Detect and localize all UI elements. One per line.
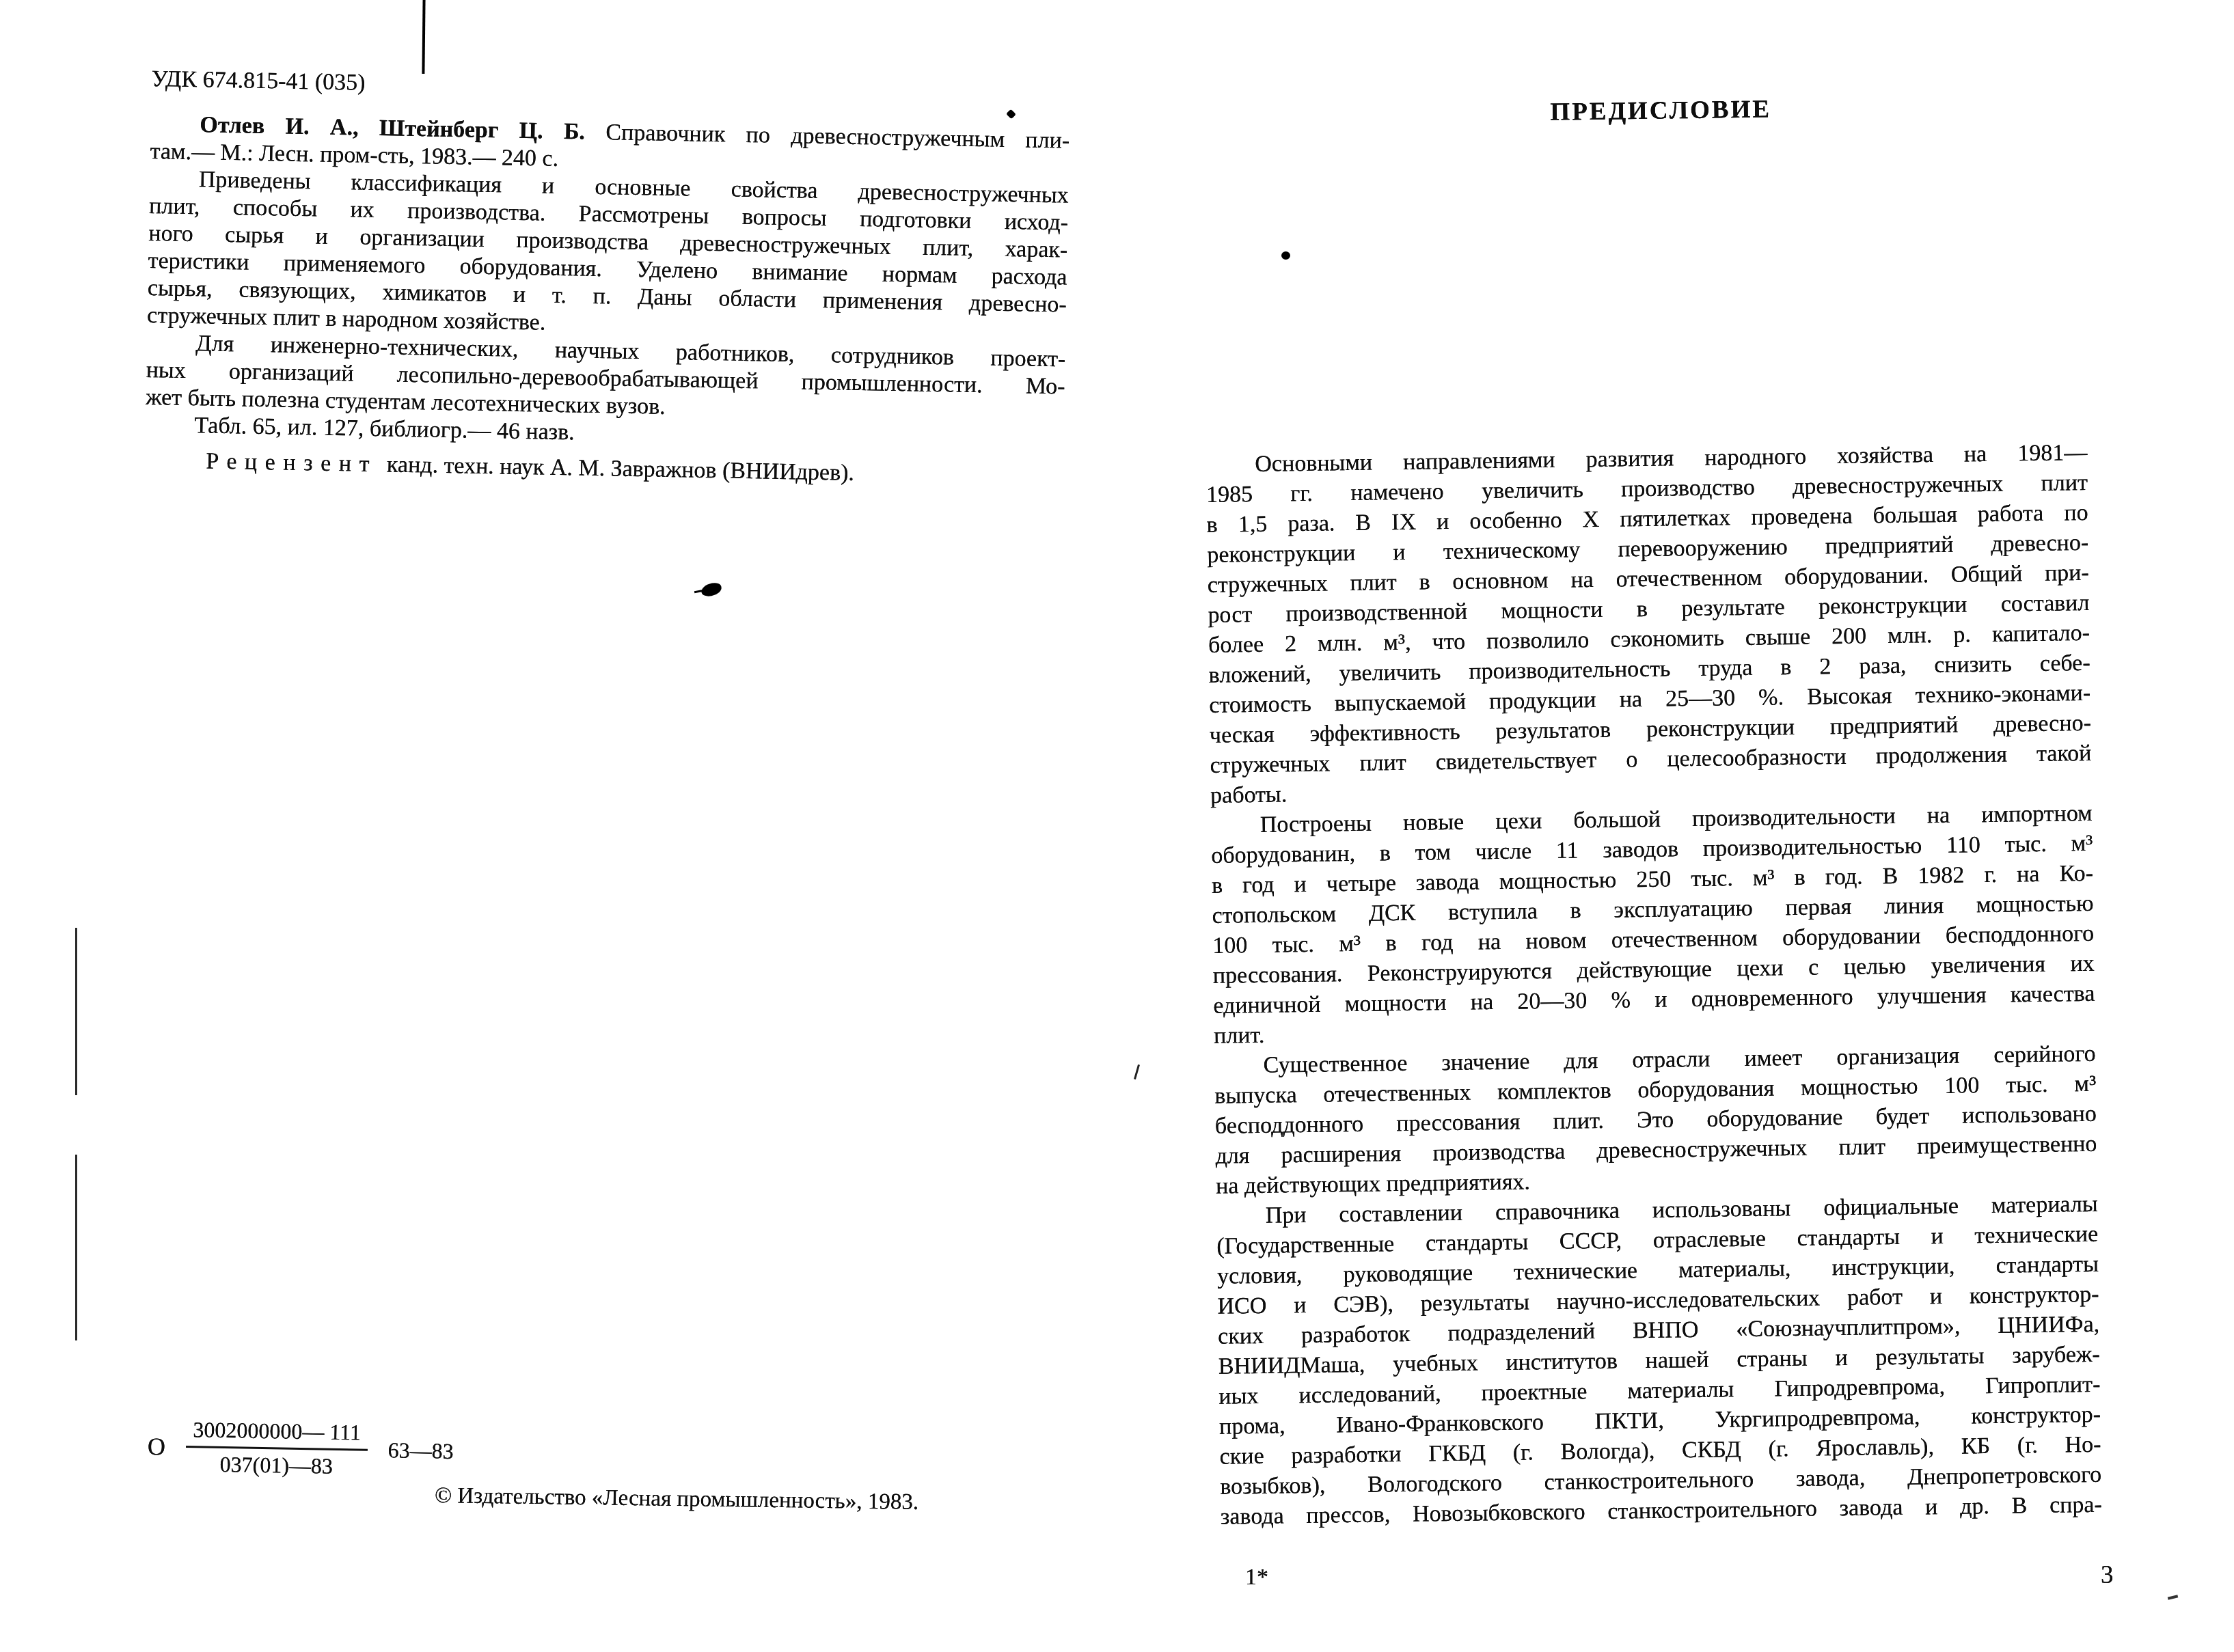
preface-body: Основными направлениями развития народно… — [1205, 438, 2102, 1532]
copyright-line: © Издательство «Лесная промышленность», … — [435, 1483, 919, 1515]
scan-artifact-edge-line — [75, 1155, 77, 1340]
preface-title: ПРЕДИСЛОВИЕ — [1201, 90, 2082, 133]
right-page: ПРЕДИСЛОВИЕ Основными направлениями разв… — [1201, 90, 2102, 1532]
scan-artifact-vertical-tick — [422, 0, 425, 74]
reviewer-text: канд. техн. наук А. М. Завражнов (ВНИИдр… — [387, 452, 855, 486]
scan-artifact-dash — [2168, 1595, 2179, 1600]
book-spread-scan: { "left_page": { "udk": "УДК 674.815-41 … — [0, 0, 2234, 1652]
page-number: 3 — [2101, 1560, 2114, 1590]
scan-artifact-dot — [1281, 251, 1290, 260]
print-code-block: О 3002000000— 111 037(01)—83 63—83 — [147, 1417, 454, 1481]
scan-artifact-edge-line — [75, 928, 77, 1095]
left-page: УДК 674.815-41 (035) Отлев И. А., Штейнб… — [144, 66, 1071, 491]
scan-artifact-stroke — [1134, 1064, 1140, 1079]
imprint-letter: О — [148, 1433, 166, 1461]
imprint-numerator: 3002000000— 111 — [186, 1418, 368, 1450]
imprint-denominator: 037(01)—83 — [185, 1448, 367, 1479]
preface-paragraph: Построены новые цехи большой производите… — [1210, 799, 2095, 1051]
preface-paragraph: При составлении справочника использованы… — [1216, 1189, 2102, 1532]
imprint-fraction: 3002000000— 111 037(01)—83 — [185, 1418, 368, 1479]
preface-paragraph: Основными направлениями развития народно… — [1205, 438, 2092, 811]
footnote-marker: 1* — [1245, 1565, 1268, 1591]
preface-paragraph: Существенное значение для отрасли имеет … — [1214, 1039, 2097, 1202]
reviewer-line: Рецензентканд. техн. наук А. М. Завражно… — [144, 447, 1064, 491]
udc-classification-line: УДК 674.815-41 (035) — [151, 66, 1071, 110]
reviewer-label: Рецензент — [206, 449, 377, 478]
annotation-paragraph: Приведены классификация и основные свойс… — [147, 165, 1069, 346]
imprint-code: 63—83 — [387, 1438, 454, 1463]
